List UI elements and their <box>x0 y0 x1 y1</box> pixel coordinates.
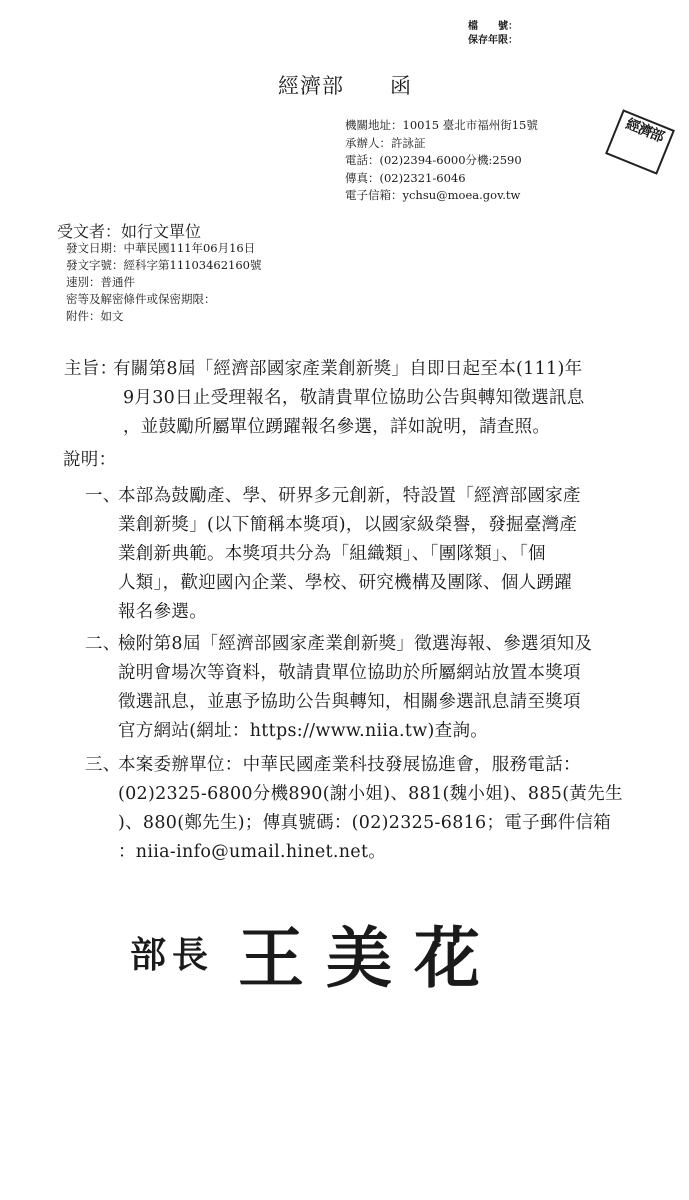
delivery-speed: 速別：普通件 <box>66 274 261 291</box>
email: 電子信箱：ychsu@moea.gov.tw <box>345 187 538 205</box>
subject-text: 有關第8屆「經濟部國家產業創新獎」自即日起至本(111)年 9月30日止受理報名… <box>113 355 585 442</box>
subject-line: ，並鼓勵所屬單位踴躍報名參選，詳如說明，請查照。 <box>113 413 585 442</box>
explanation-label: 說明： <box>63 446 116 475</box>
item-line: 檢附第8屆「經濟部國家產業創新獎」徵選海報、參選須知及 <box>118 630 592 659</box>
attachment: 附件：如文 <box>66 308 261 325</box>
subject-line: 有關第8屆「經濟部國家產業創新獎」自即日起至本(111)年 <box>113 355 585 384</box>
document-type: 函 <box>390 74 412 98</box>
signatory-title: 部長 <box>130 934 214 976</box>
fax: 傳真：(02)2321-6046 <box>345 170 538 188</box>
document-meta: 發文日期：中華民國111年06月16日 發文字號：經科字第11103462160… <box>66 240 261 325</box>
recipient: 受文者：如行文單位 <box>57 219 201 242</box>
handler: 承辦人：許詠証 <box>345 135 538 153</box>
archive-info: 檔 號： 保存年限： <box>468 20 518 48</box>
explanation-item-3: 本案委辦單位：中華民國產業科技發展協進會，服務電話： (02)2325-6800… <box>118 751 623 867</box>
item-line: )、880(鄭先生)；傳真號碼：(02)2325-6816；電子郵件信箱 <box>118 809 623 838</box>
explanation-item-2: 檢附第8屆「經濟部國家產業創新獎」徵選海報、參選須知及 說明會場次等資料，敬請貴… <box>118 630 592 746</box>
explanation-item-1: 本部為鼓勵產、學、研界多元創新，特設置「經濟部國家產 業創新獎」(以下簡稱本獎項… <box>118 482 581 627</box>
classification: 密等及解密條件或保密期限： <box>66 291 261 308</box>
item-line: 業創新典範。本獎項共分為「組織類」、「團隊類」、「個 <box>118 540 581 569</box>
stamp-text: 經濟部 <box>623 116 665 145</box>
retention-period-label: 保存年限： <box>468 34 518 48</box>
item-line: 人類」，歡迎國內企業、學校、研究機構及團隊、個人踴躍 <box>118 569 581 598</box>
official-seal-stamp: 經濟部 <box>605 109 675 174</box>
file-number-label: 檔 號： <box>468 20 518 34</box>
subject-label: 主旨： <box>64 355 117 384</box>
item-line: ：niia-info@umail.hinet.net。 <box>118 838 623 867</box>
subject-line: 9月30日止受理報名，敬請貴單位協助公告與轉知徵選訊息 <box>113 384 585 413</box>
signatory-name: 王美花 <box>238 919 502 997</box>
explanation-item-number: 一、 <box>85 482 121 511</box>
item-line: 報名參選。 <box>118 598 581 627</box>
agency-address: 機關地址：10015 臺北市福州街15號 <box>345 117 538 135</box>
item-line: (02)2325-6800分機890(謝小姐)、881(魏小姐)、885(黃先生 <box>118 780 623 809</box>
explanation-item-number: 二、 <box>85 630 121 659</box>
agency-name: 經濟部 <box>278 74 344 98</box>
agency-contact-block: 機關地址：10015 臺北市福州街15號 承辦人：許詠証 電話：(02)2394… <box>345 117 538 205</box>
phone: 電話：(02)2394-6000分機:2590 <box>345 152 538 170</box>
issue-date: 發文日期：中華民國111年06月16日 <box>66 240 261 257</box>
item-line: 本部為鼓勵產、學、研界多元創新，特設置「經濟部國家產 <box>118 482 581 511</box>
signature-block: 部長王美花 <box>130 905 502 1000</box>
explanation-item-number: 三、 <box>85 751 121 780</box>
item-line: 本案委辦單位：中華民國產業科技發展協進會，服務電話： <box>118 751 623 780</box>
item-line: 業創新獎」(以下簡稱本獎項)，以國家級榮譽，發掘臺灣產 <box>118 511 581 540</box>
document-title: 經濟部函 <box>278 70 412 100</box>
document-number: 發文字號：經科字第11103462160號 <box>66 257 261 274</box>
item-line: 官方網站(網址：https://www.niia.tw)查詢。 <box>118 717 592 746</box>
item-line: 說明會場次等資料，敬請貴單位協助於所屬網站放置本獎項 <box>118 659 592 688</box>
item-line: 徵選訊息，並惠予協助公告與轉知，相關參選訊息請至獎項 <box>118 688 592 717</box>
